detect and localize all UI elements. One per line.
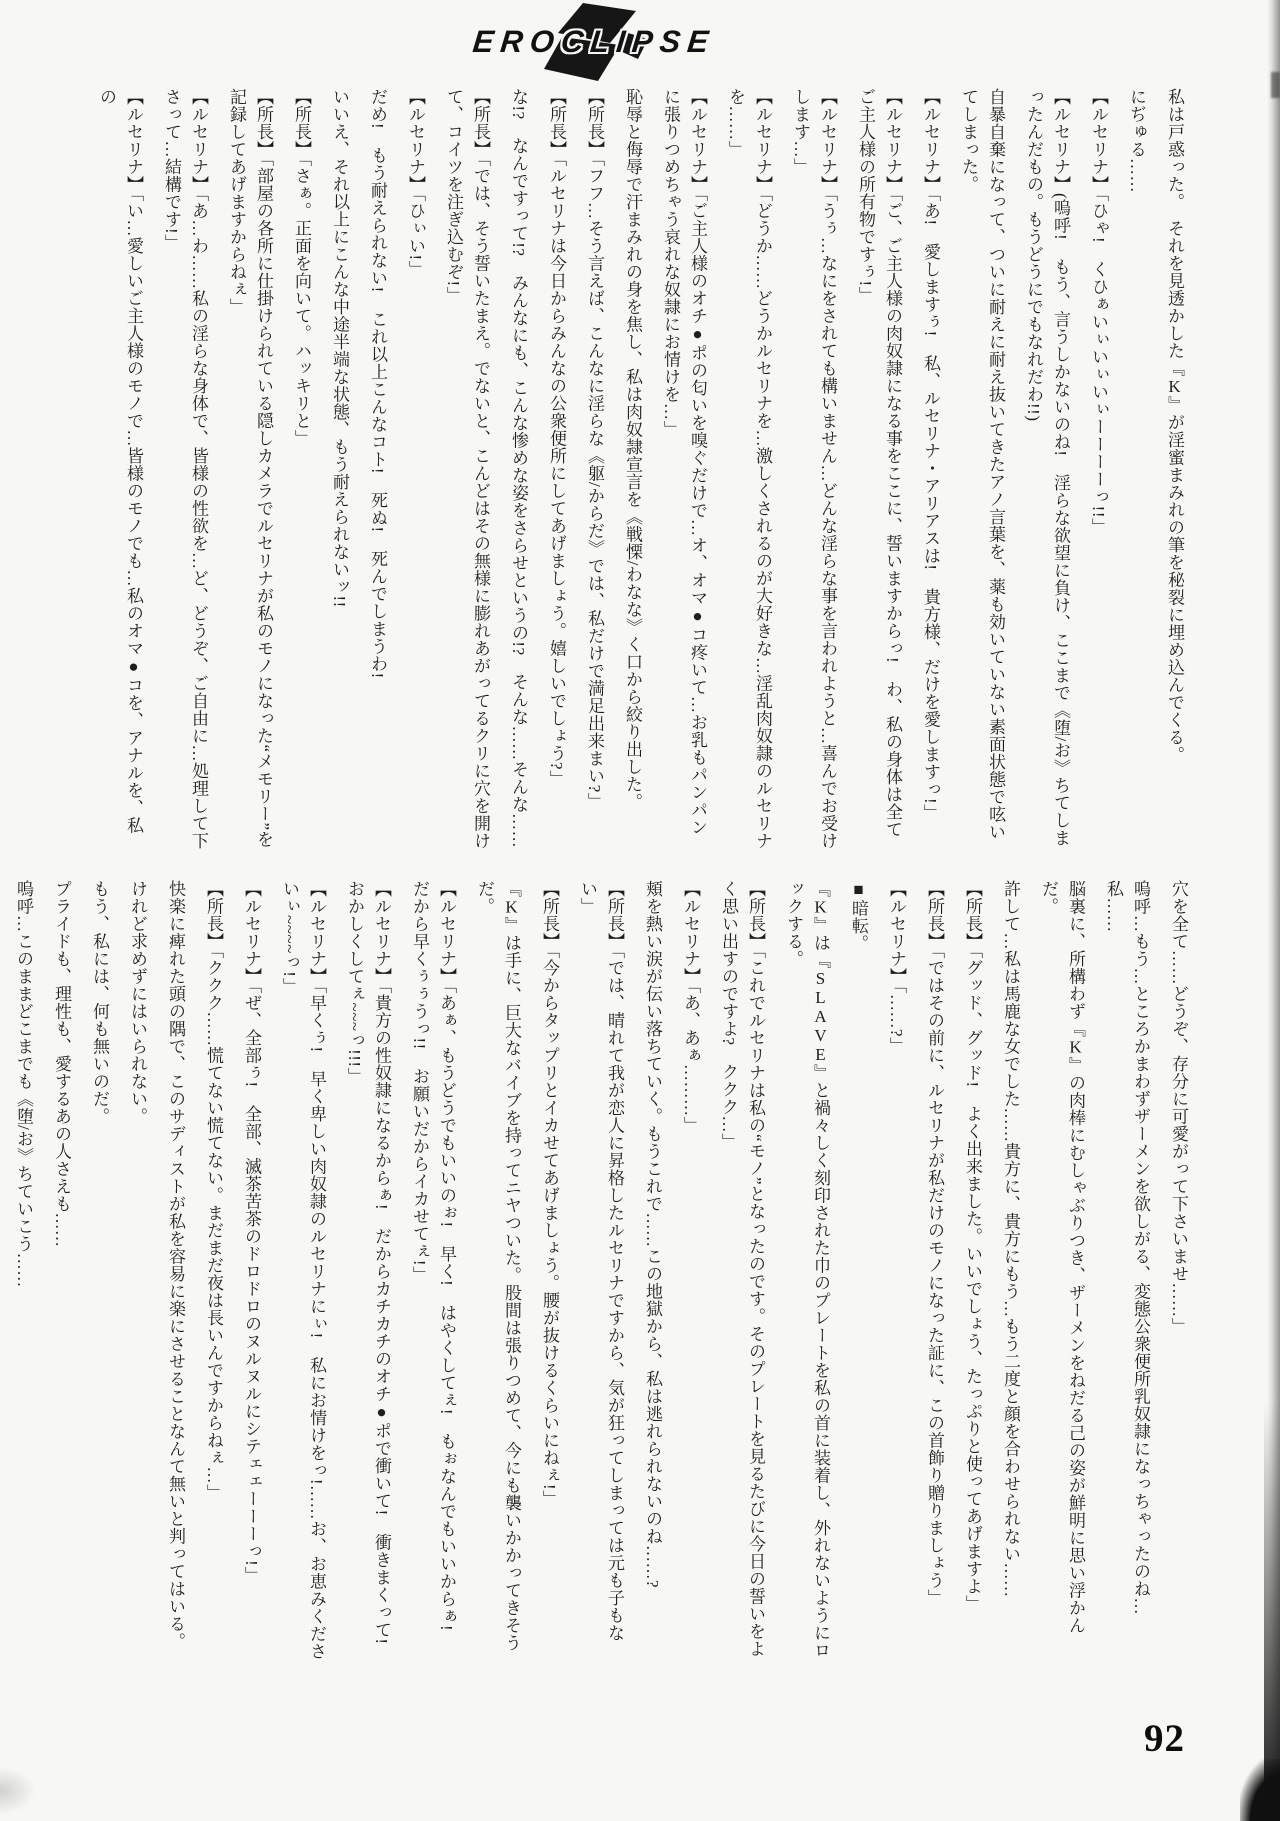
- paragraph: 【ルセリナ】「ご、ご主人様の肉奴隷になる事をここに、誓いますからっ! わ、私の身…: [852, 88, 906, 850]
- paragraph: 【ルセリナ】「早くぅ! 早く卑しい肉奴隷のルセリナにぃ! 私にお情けをっ!……お…: [276, 880, 330, 1662]
- paragraph: 【ルセリナ】「どうか……どうかルセリナを…激しくされるのが大好きな…淫乱肉奴隷の…: [722, 88, 776, 850]
- paragraph: 穴を全て……どうぞ、存分に可愛がって下さいませ……」: [1165, 880, 1192, 1662]
- paragraph: 【ルセリナ】「……?」: [883, 880, 910, 1662]
- paragraph: もう、私には、何も無いのだ。: [86, 880, 113, 1662]
- novel-scan-page: EROCLIPSE 私は戸惑った。 それを見透かした『K』が淫蜜まみれの筆を秘裂…: [0, 0, 1280, 1821]
- paragraph: にぢゅる……: [1123, 88, 1150, 850]
- paragraph: いいえ、それ以上にこんな中途半端な状態、もう耐えられないッ!!: [326, 88, 353, 850]
- paragraph: 【所長】「これでルセリナは私の“モノ”となったのです。そのプレートを見るたびに今…: [715, 880, 769, 1662]
- paragraph: ■暗転。: [845, 880, 872, 1662]
- paragraph: 恥辱と侮辱で汗まみれの身を焦し、私は肉奴隷宣言を《戦慄/わなな》く口から絞り出し…: [619, 88, 646, 850]
- paragraph: 【ルセリナ】「うぅ…なにをされても構いません…どんな淫らな事を言われようと…喜ん…: [787, 88, 841, 850]
- paragraph: な!? なんですって!? みんなにも、こんな惨めな姿をさらせというの!? そんな…: [505, 88, 532, 850]
- paragraph: 許して…私は馬鹿な女でした……貴方に、貴方にもう…もう二度と顔を合わせられない……: [997, 880, 1024, 1662]
- paragraph: 【ルセリナ】「ぜ、全部ぅ! 全部、滅茶苦茶のドロドロのヌルヌルにシテェェーーーっ…: [238, 880, 265, 1662]
- paragraph: だめ! もう耐えられない! これ以上こんなコト! 死ぬ! 死んでしまうわ!: [364, 88, 391, 850]
- paragraph: 【所長】「ククク……慌てない慌てない。まだまだ夜は長いんですからねぇ…」: [200, 880, 227, 1662]
- paragraph: 嗚呼…このままどこまでも《堕/お》ちていこう……: [10, 880, 37, 1662]
- paragraph: 『K』は『SLAVE』と禍々しく刻印された巾のプレートを私の首に装着し、外れない…: [780, 880, 834, 1662]
- paragraph: 脳裏に、所構わず『K』の肉棒にむしゃぶりつき、ザーメンをねだる己の姿が鮮明に思い…: [1035, 880, 1089, 1662]
- paragraph: 快楽に痺れた頭の隅で、このサディストが私を容易に楽にさせることなんて無いと判って…: [162, 880, 189, 1662]
- paragraph: 【所長】「ルセリナは今日からみんなの公衆便所にしてあげましょう。嬉しいでしょう?…: [543, 88, 570, 850]
- paragraph: 【ルセリナ】「あぁ、もうどうでもいいのぉ! 早く! はやくしてぇ! もぉなんでも…: [406, 880, 460, 1662]
- logo-text: EROCLIPSE: [436, 24, 752, 60]
- paragraph: 【所長】「ではその前に、ルセリナが私だけのモノになった証に、この首飾り贈りましょ…: [921, 880, 948, 1662]
- paragraph: 【所長】「フフ…そう言えば、こんなに淫らな《躯/からだ》では、私だけで満足出来ま…: [581, 88, 608, 850]
- paragraph: 【ルセリナ】「貴方の性奴隷になるからぁ! だからカチカチのオチ●ポで衝いて! 衝…: [341, 880, 395, 1662]
- paragraph: 【所長】「では、晴れて我が恋人に昇格したルセリナですから、気が狂ってしまっては元…: [574, 880, 628, 1662]
- paragraph: 【ルセリナ】「ひぃい!」: [402, 88, 429, 850]
- eroclipse-logo: EROCLIPSE: [438, 2, 750, 82]
- paragraph: 嗚呼…もう…ところかまわずザーメンを欲しがる、変態公衆便所乳奴隷になっちゃったの…: [1100, 880, 1154, 1662]
- paragraph: 『K』は手に、巨大なバイブを持ってニヤついた。股間は張りつめて、今にも襲いかかっ…: [471, 880, 525, 1662]
- text-block-bottom: 穴を全て……どうぞ、存分に可愛がって下さいませ……」嗚呼…もう…ところかまわずザ…: [0, 880, 1192, 1662]
- text-block-top: 私は戸惑った。 それを見透かした『K』が淫蜜まみれの筆を秘裂に埋め込んでくる。に…: [82, 88, 1188, 850]
- paragraph: 自暴自棄になって、ついに耐えに耐え抜いてきたアノ言葉を、薬も効いていない素面状態…: [955, 88, 1009, 850]
- scan-corner-bottom-right: [1240, 1759, 1280, 1821]
- paragraph: 【所長】「今からタップリとイカせてあげましょう。腰が抜けるくらいにねぇ!」: [536, 880, 563, 1662]
- page-number: 92: [1144, 1716, 1185, 1761]
- paragraph: 【所長】「グッド、グッド! よく出来ました。いいでしょう、たっぷりと使ってあげま…: [959, 880, 986, 1662]
- paragraph: 【ルセリナ】「い…愛しいご主人様のモノで…皆様のモノでも…私のオマ●コを、アナル…: [93, 88, 147, 850]
- paragraph: 私は戸惑った。 それを見透かした『K』が淫蜜まみれの筆を秘裂に埋め込んでくる。: [1161, 88, 1188, 850]
- paragraph: けれど求めずにはいられない。: [124, 880, 151, 1662]
- paragraph: 頬を熱い涙が伝い落ちていく。もうこれで……この地獄から、私は逃れられないのね………: [639, 880, 666, 1662]
- paragraph: 【ルセリナ】「ご主人様のオチ●ポの匂いを嗅ぐだけで…オ、オマ●コ疼いて…お乳もパ…: [657, 88, 711, 850]
- paragraph: 【ルセリナ】「あ! 愛しますぅ! 私、ルセリナ・アリアスは! 貴方様、だけを愛し…: [917, 88, 944, 850]
- paragraph: 【ルセリナ】「あ…わ……私の淫らな身体で、皆様の性欲を…ど、どうぞ、ご自由に…処…: [158, 88, 212, 850]
- paragraph: 【所長】「部屋の各所に仕掛けられている隠しカメラでルセリナが私のモノになった“メ…: [223, 88, 277, 850]
- paragraph: プライドも、理性も、愛するあの人さえも……: [48, 880, 75, 1662]
- paragraph: 【ルセリナ】「あ、あぁ………」: [677, 880, 704, 1662]
- paragraph: 【所長】「では、そう誓いたまえ。でないと、こんどはその無様に膨れあがってるクリに…: [440, 88, 494, 850]
- scan-smudge-bottom-left: [0, 1767, 36, 1815]
- scan-nick-top-right: [1271, 72, 1280, 98]
- scan-edge-shadow-right-dark: [1264, 1401, 1280, 1821]
- paragraph: 【所長】「さぁ。正面を向いて。ハッキリと」: [288, 88, 315, 850]
- paragraph: 【ルセリナ】「ひゃ! くひぁいぃいぃいぃーーーーっ!!」: [1085, 88, 1112, 850]
- paragraph: 【ルセリナ】(嗚呼! もう、言うしかないのね! 淫らな欲望に負け、ここまで《堕/…: [1020, 88, 1074, 850]
